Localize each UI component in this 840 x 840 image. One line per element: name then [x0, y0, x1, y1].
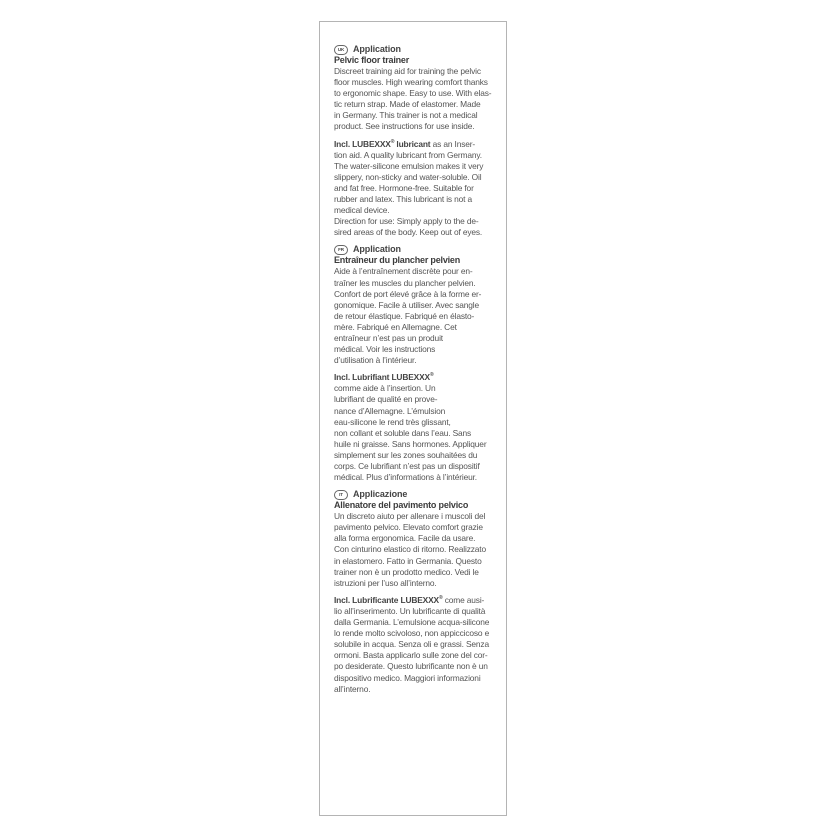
lubricant-lead: Incl. Lubrifiant LUBEXXX® — [334, 372, 434, 382]
language-badge-icon: FR — [334, 245, 348, 255]
application-title: Application — [353, 44, 401, 55]
lubricant-text: Incl. Lubrifiant LUBEXXX® comme aide à l… — [334, 372, 498, 483]
product-title: Pelvic floor trainer — [334, 55, 498, 66]
language-badge-icon: UK — [334, 45, 348, 55]
application-title: Applicazione — [353, 489, 407, 500]
description-text: Discreet training aid for training the p… — [334, 66, 498, 133]
language-badge-icon: IT — [334, 490, 348, 500]
section-fr: FR Application Entraîneur du plancher pe… — [334, 244, 498, 483]
application-title: Application — [353, 244, 401, 255]
section-heading: UK Application — [334, 44, 498, 55]
lubricant-lead: Incl. Lubrificante LUBEXXX® — [334, 595, 443, 605]
section-uk: UK Application Pelvic floor trainer Disc… — [334, 44, 498, 238]
section-heading: FR Application — [334, 244, 498, 255]
product-title: Allenatore del pavimento pelvico — [334, 500, 498, 511]
section-heading: IT Applicazione — [334, 489, 498, 500]
product-label: UK Application Pelvic floor trainer Disc… — [319, 21, 507, 816]
description-text: Aide à l’entraînement discrète pour en- … — [334, 266, 498, 366]
section-it: IT Applicazione Allenatore del pavimento… — [334, 489, 498, 695]
lubricant-lead: Incl. LUBEXXX® lubricant — [334, 139, 430, 149]
lubricant-text: Incl. Lubrificante LUBEXXX® come ausi- l… — [334, 595, 498, 695]
product-title: Entraîneur du plancher pelvien — [334, 255, 498, 266]
description-text: Un discreto aiuto per allenare i muscoli… — [334, 511, 498, 589]
lubricant-text: Incl. LUBEXXX® lubricant as an Inser- ti… — [334, 139, 498, 239]
